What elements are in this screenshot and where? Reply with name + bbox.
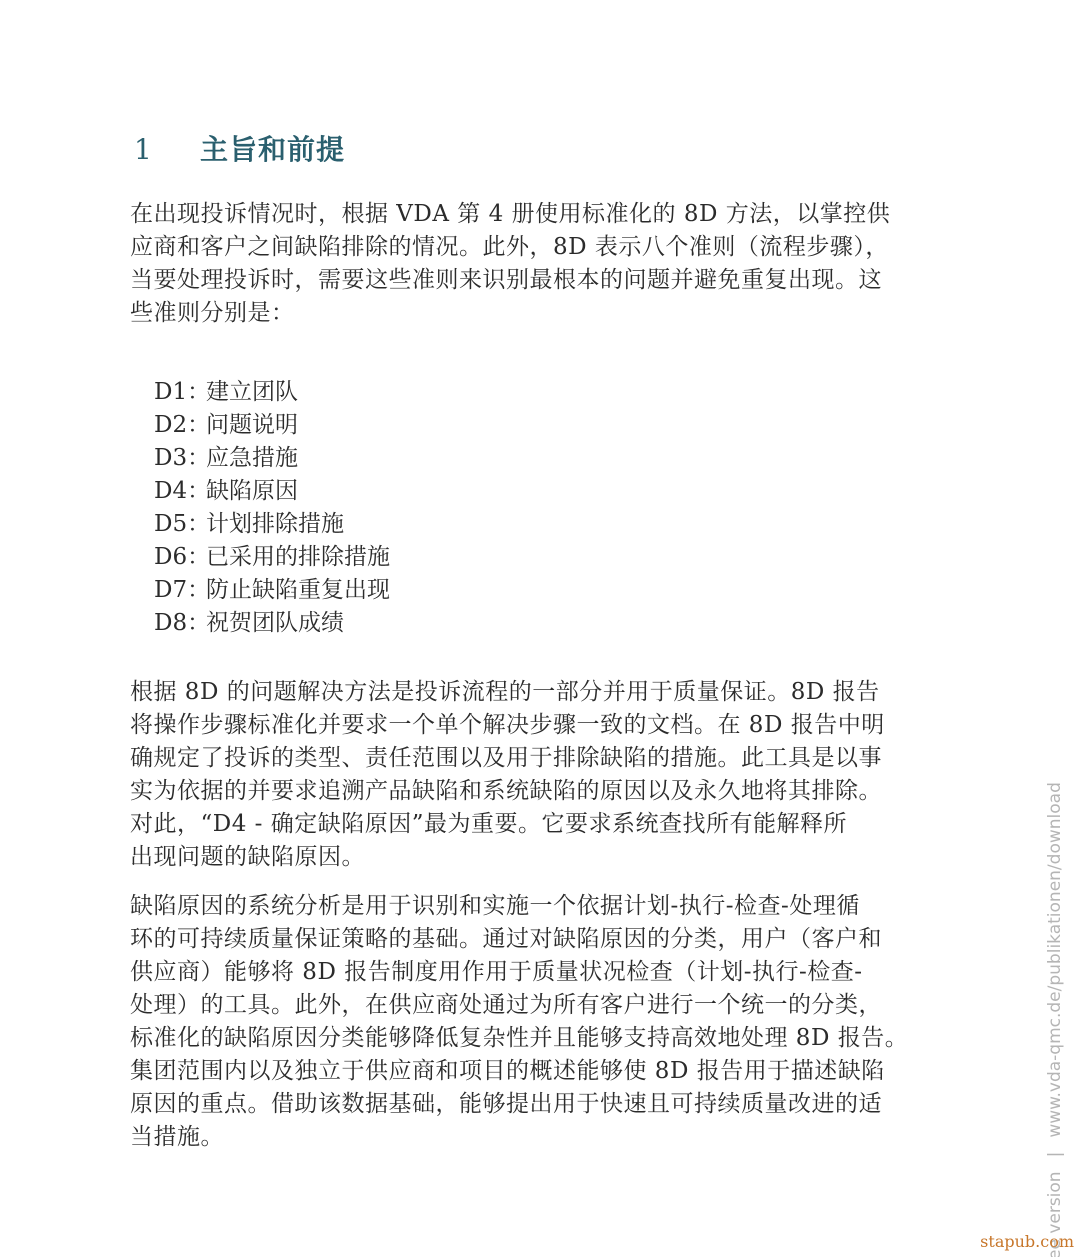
download-url-link[interactable]: www.vda-qmc.de/publikationen/download [1045,782,1065,1138]
discipline-code: D3： [154,442,206,475]
discipline-item: D7： 防止缺陷重复出现 [154,574,390,607]
section-heading: 1 主旨和前提 [134,128,345,168]
discipline-label: 计划排除措施 [206,508,344,541]
discipline-label: 建立团队 [206,376,298,409]
discipline-label: 防止缺陷重复出现 [206,574,390,607]
vertical-sidebar: ee version|www.vda-qmc.de/publikationen/… [1040,790,1070,1257]
discipline-code: D2： [154,409,206,442]
discipline-item: D1： 建立团队 [154,376,390,409]
discipline-item: D6： 已采用的排除措施 [154,541,390,574]
discipline-item: D3： 应急措施 [154,442,390,475]
section-number: 1 [134,133,200,166]
sidebar-text: ee version|www.vda-qmc.de/publikationen/… [1040,790,1070,1257]
discipline-label: 已采用的排除措施 [206,541,390,574]
discipline-label: 应急措施 [206,442,298,475]
discipline-list: D1： 建立团队 D2： 问题说明 D3： 应急措施 D4： 缺陷原因 D5： … [154,376,390,640]
discipline-label: 缺陷原因 [206,475,298,508]
discipline-code: D1： [154,376,206,409]
body-paragraph-8d-report: 根据 8D 的问题解决方法是投诉流程的一部分并用于质量保证。8D 报告 将操作步… [130,676,970,874]
discipline-item: D8： 祝贺团队成绩 [154,607,390,640]
intro-paragraph: 在出现投诉情况时，根据 VDA 第 4 册使用标准化的 8D 方法，以掌控供 应… [130,198,970,330]
discipline-item: D5： 计划排除措施 [154,508,390,541]
section-title: 主旨和前提 [200,128,345,168]
discipline-code: D8： [154,607,206,640]
discipline-label: 问题说明 [206,409,298,442]
discipline-code: D6： [154,541,206,574]
sidebar-separator: | [1045,1152,1065,1158]
discipline-label: 祝贺团队成绩 [206,607,344,640]
discipline-code: D7： [154,574,206,607]
discipline-item: D2： 问题说明 [154,409,390,442]
discipline-code: D4： [154,475,206,508]
discipline-code: D5： [154,508,206,541]
watermark: stapub.com [980,1232,1074,1251]
body-paragraph-defect-analysis: 缺陷原因的系统分析是用于识别和实施一个依据计划-执行-检查-处理循 环的可持续质… [130,890,970,1154]
discipline-item: D4： 缺陷原因 [154,475,390,508]
